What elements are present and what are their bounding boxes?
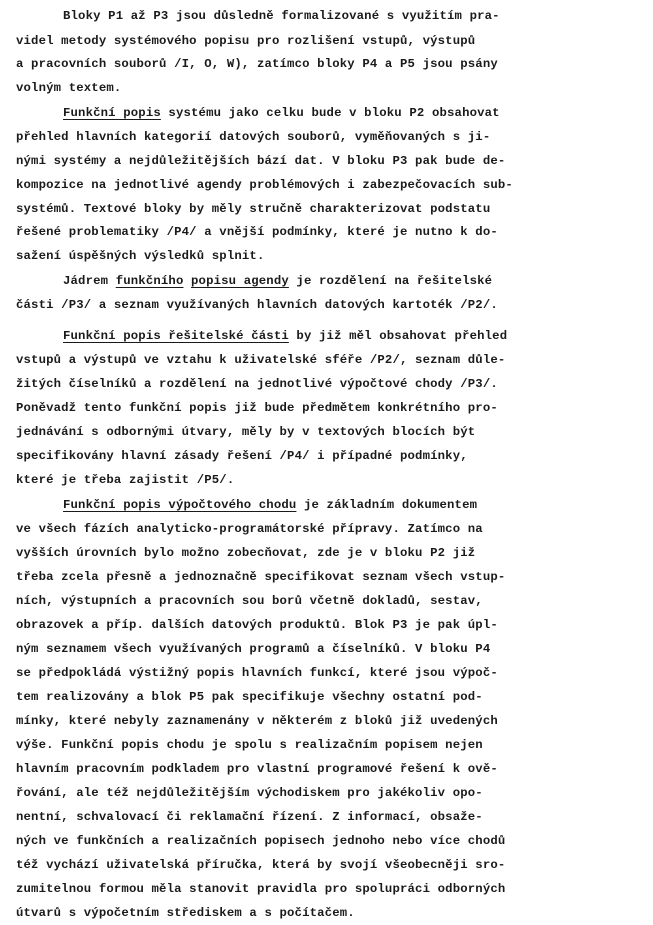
text-run: se předpokládá výstižný popis hlavních f…	[16, 666, 498, 680]
text-line: se předpokládá výstižný popis hlavních f…	[16, 665, 498, 681]
text-line: řešené problematiky /P4/ a vnější podmín…	[16, 224, 498, 240]
text-line: Funkční popis řešitelské části by již mě…	[63, 328, 507, 344]
text-run: by již měl obsahovat přehled	[289, 329, 507, 343]
text-run: výše. Funkční popis chodu je spolu s rea…	[16, 738, 483, 752]
underlined-term: funkčního	[116, 274, 184, 288]
text-run: části /P3/ a seznam využívaných hlavních…	[16, 298, 498, 312]
text-line: tem realizovány a blok P5 pak specifikuj…	[16, 689, 483, 705]
underlined-term: Funkční popis výpočtového chodu	[63, 498, 296, 512]
typewritten-page: Bloky P1 až P3 jsou důsledně formalizova…	[0, 0, 653, 925]
text-line: zumitelnou formou měla stanovit pravidla…	[16, 881, 505, 897]
text-line: vyšších úrovních bylo možno zobecňovat, …	[16, 545, 475, 561]
text-run: nými systémy a nejdůležitějších bází dat…	[16, 154, 505, 168]
text-run: kompozice na jednotlivé agendy problémov…	[16, 178, 513, 192]
text-line: mínky, které nebyly zaznamenány v někter…	[16, 713, 498, 729]
underlined-term: popisu agendy	[191, 274, 289, 288]
text-run: jednávání s odbornými útvary, měly by v …	[16, 425, 475, 439]
text-run: volným textem.	[16, 81, 121, 95]
text-run: ve všech fázích analyticko-programátorsk…	[16, 522, 483, 536]
text-run: žitých číselníků a rozdělení na jednotli…	[16, 377, 498, 391]
text-run: specifikovány hlavní zásady řešení /P4/ …	[16, 449, 468, 463]
text-run: a pracovních souborů /I, O, W), zatímco …	[16, 57, 498, 71]
text-run: útvarů s výpočetním střediskem a s počít…	[16, 906, 355, 920]
text-run: videl metody systémového popisu pro rozl…	[16, 34, 475, 48]
text-run: též vychází uživatelská příručka, která …	[16, 858, 505, 872]
text-line: ve všech fázích analyticko-programátorsk…	[16, 521, 483, 537]
text-line: výše. Funkční popis chodu je spolu s rea…	[16, 737, 483, 753]
text-run: systému jako celku bude v bloku P2 obsah…	[161, 106, 500, 120]
text-run: vyšších úrovních bylo možno zobecňovat, …	[16, 546, 475, 560]
text-run: systémů. Textové bloky by měly stručně c…	[16, 202, 490, 216]
text-run: je základním dokumentem	[296, 498, 477, 512]
text-line: nými systémy a nejdůležitějších bází dat…	[16, 153, 505, 169]
text-run: sažení úspěšných výsledků splnit.	[16, 249, 264, 263]
text-run: zumitelnou formou měla stanovit pravidla…	[16, 882, 505, 896]
text-line: vstupů a výstupů ve vztahu k uživatelské…	[16, 352, 505, 368]
text-run: třeba zcela přesně a jednoznačně specifi…	[16, 570, 505, 584]
text-line: třeba zcela přesně a jednoznačně specifi…	[16, 569, 505, 585]
text-line: části /P3/ a seznam využívaných hlavních…	[16, 297, 498, 313]
text-run: Jádrem	[63, 274, 116, 288]
text-line: též vychází uživatelská příručka, která …	[16, 857, 505, 873]
text-line: přehled hlavních kategorií datových soub…	[16, 129, 490, 145]
text-run: které je třeba zajistit /P5/.	[16, 473, 234, 487]
text-line: Funkční popis systému jako celku bude v …	[63, 105, 500, 121]
text-run: ných ve funkčních a realizačních popisec…	[16, 834, 505, 848]
text-line: Poněvadž tento funkční popis již bude př…	[16, 400, 498, 416]
text-line: volným textem.	[16, 80, 121, 96]
text-line: Funkční popis výpočtového chodu je zákla…	[63, 497, 477, 513]
text-run: hlavním pracovním podkladem pro vlastní …	[16, 762, 498, 776]
text-line: Jádrem funkčního popisu agendy je rozděl…	[63, 273, 492, 289]
text-line: žitých číselníků a rozdělení na jednotli…	[16, 376, 498, 392]
text-line: řování, ale též nejdůležitějším východis…	[16, 785, 483, 801]
text-run: mínky, které nebyly zaznamenány v někter…	[16, 714, 498, 728]
text-line: Bloky P1 až P3 jsou důsledně formalizova…	[63, 8, 500, 24]
text-line: obrazovek a příp. dalších datových produ…	[16, 617, 498, 633]
text-line: hlavním pracovním podkladem pro vlastní …	[16, 761, 498, 777]
underlined-term: Funkční popis řešitelské části	[63, 329, 289, 343]
text-run: vstupů a výstupů ve vztahu k uživatelské…	[16, 353, 505, 367]
text-line: nentní, schvalovací či reklamační řízení…	[16, 809, 483, 825]
text-run: je rozdělení na řešitelské	[289, 274, 492, 288]
text-line: ních, výstupních a pracovních sou borů v…	[16, 593, 483, 609]
text-line: kompozice na jednotlivé agendy problémov…	[16, 177, 513, 193]
text-run: ních, výstupních a pracovních sou borů v…	[16, 594, 483, 608]
text-run: obrazovek a příp. dalších datových produ…	[16, 618, 498, 632]
text-line: ných ve funkčních a realizačních popisec…	[16, 833, 505, 849]
text-line: sažení úspěšných výsledků splnit.	[16, 248, 264, 264]
text-line: systémů. Textové bloky by měly stručně c…	[16, 201, 490, 217]
text-run: tem realizovány a blok P5 pak specifikuj…	[16, 690, 483, 704]
text-run: řešené problematiky /P4/ a vnější podmín…	[16, 225, 498, 239]
underlined-term: Funkční popis	[63, 106, 161, 120]
text-line: videl metody systémového popisu pro rozl…	[16, 33, 475, 49]
text-run: Poněvadž tento funkční popis již bude př…	[16, 401, 498, 415]
text-run: ným seznamem všech využívaných programů …	[16, 642, 490, 656]
text-line: ným seznamem všech využívaných programů …	[16, 641, 490, 657]
text-line: útvarů s výpočetním střediskem a s počít…	[16, 905, 355, 921]
text-line: specifikovány hlavní zásady řešení /P4/ …	[16, 448, 468, 464]
text-line: a pracovních souborů /I, O, W), zatímco …	[16, 56, 498, 72]
text-run: přehled hlavních kategorií datových soub…	[16, 130, 490, 144]
text-run: Bloky P1 až P3 jsou důsledně formalizova…	[63, 9, 500, 23]
text-line: které je třeba zajistit /P5/.	[16, 472, 234, 488]
text-run: nentní, schvalovací či reklamační řízení…	[16, 810, 483, 824]
text-line: jednávání s odbornými útvary, měly by v …	[16, 424, 475, 440]
text-run	[183, 274, 191, 288]
text-run: řování, ale též nejdůležitějším východis…	[16, 786, 483, 800]
